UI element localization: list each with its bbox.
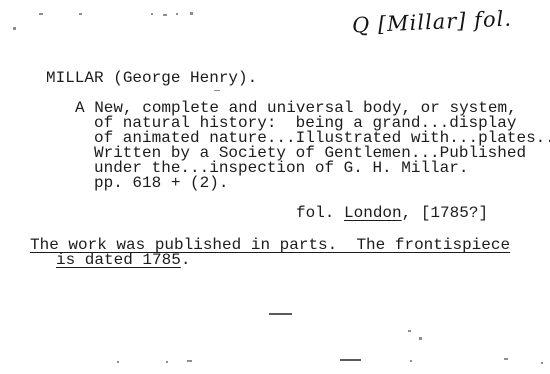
scan-speck bbox=[151, 13, 153, 15]
scan-speck bbox=[190, 12, 193, 15]
scan-speck bbox=[39, 13, 43, 15]
scan-speck bbox=[504, 358, 508, 360]
scan-speck bbox=[13, 27, 16, 30]
imprint-line: fol. London, [1785?] bbox=[296, 206, 488, 221]
scan-speck bbox=[408, 330, 411, 332]
note-line-2-text: is dated 1785 bbox=[56, 251, 181, 269]
scan-speck bbox=[419, 337, 422, 340]
pagination-line: pp. 618 + (2). bbox=[94, 176, 228, 191]
note-line-2-period: . bbox=[181, 251, 191, 269]
scan-speck bbox=[117, 361, 119, 363]
imprint-format: fol. bbox=[296, 204, 344, 222]
note-line-2: is dated 1785. bbox=[56, 253, 190, 268]
stray-dash bbox=[340, 359, 361, 361]
scan-speck bbox=[163, 14, 167, 16]
scan-speck bbox=[166, 361, 168, 363]
scan-speck bbox=[410, 360, 412, 362]
imprint-place: London bbox=[344, 204, 402, 222]
scan-speck bbox=[187, 360, 192, 362]
imprint-date: , [1785?] bbox=[402, 204, 488, 222]
scan-speck bbox=[541, 362, 543, 364]
scan-speck bbox=[214, 90, 220, 91]
stray-dash bbox=[269, 313, 292, 315]
scan-speck bbox=[176, 13, 178, 15]
shelfmark-annotation: Q [Millar] fol. bbox=[352, 7, 513, 38]
catalog-card: Q [Millar] fol. MILLAR (George Henry). A… bbox=[0, 0, 550, 374]
author-heading: MILLAR (George Henry). bbox=[46, 71, 257, 86]
scan-speck bbox=[79, 13, 82, 15]
